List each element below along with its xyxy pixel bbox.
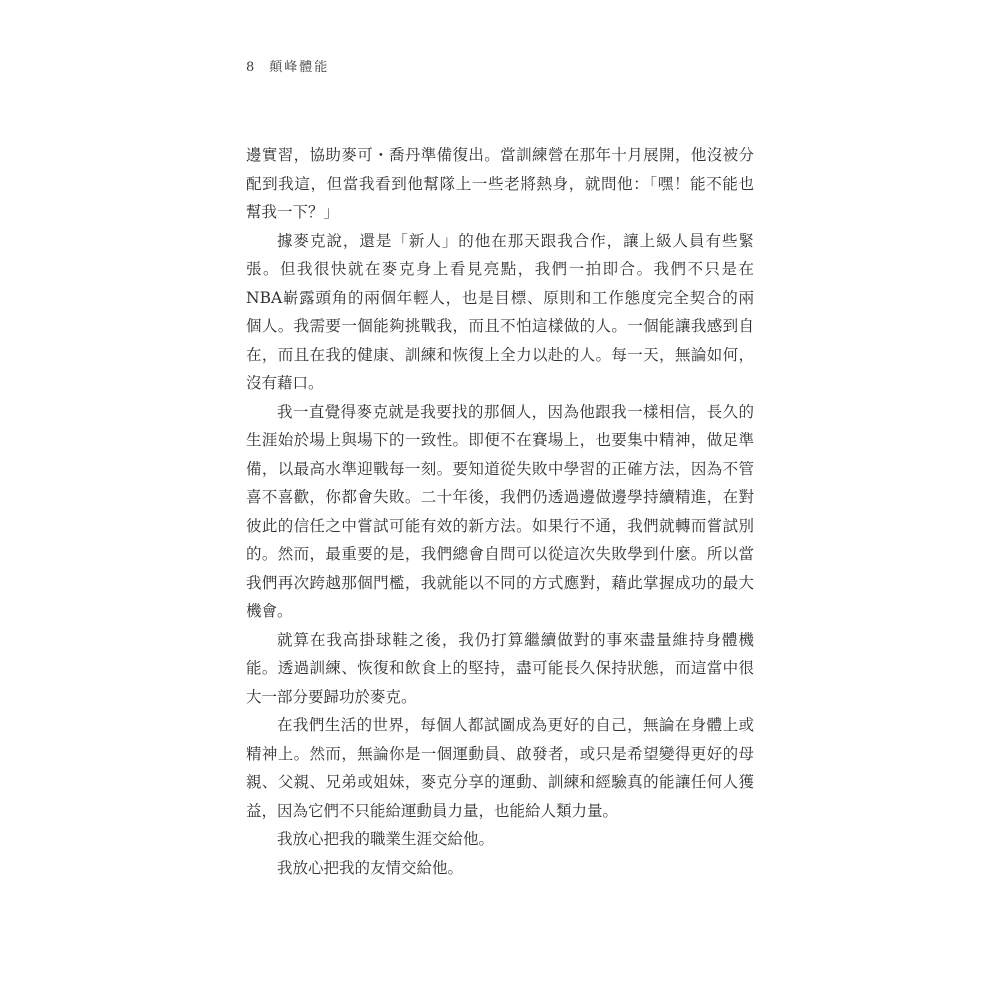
text-line: 在我們生活的世界，每個人都試圖成為更好的自己，無論在身體上或 xyxy=(246,711,754,740)
text-line: 生涯始於場上與場下的一致性。即便不在賽場上，也要集中精神，做足準 xyxy=(246,426,754,455)
text-line: 機會。 xyxy=(246,597,754,626)
text-line: 喜不喜歡，你都會失敗。二十年後，我們仍透過邊做邊學持續精進，在對 xyxy=(246,483,754,512)
book-page: 8 顛峰體能 邊實習，協助麥可・喬丹準備復出。當訓練營在那年十月展開，他沒被分配… xyxy=(0,0,1000,1000)
text-line: 邊實習，協助麥可・喬丹準備復出。當訓練營在那年十月展開，他沒被分 xyxy=(246,141,754,170)
text-line: 張。但我很快就在麥克身上看見亮點，我們一拍即合。我們不只是在 xyxy=(246,255,754,284)
text-line: 我一直覺得麥克就是我要找的那個人，因為他跟我一樣相信，長久的 xyxy=(246,398,754,427)
text-line: 沒有藉口。 xyxy=(246,369,754,398)
text-line: 大一部分要歸功於麥克。 xyxy=(246,683,754,712)
text-line: 的。然而，最重要的是，我們總會自問可以從這次失敗學到什麼。所以當 xyxy=(246,540,754,569)
text-line: NBA嶄露頭角的兩個年輕人，也是目標、原則和工作態度完全契合的兩 xyxy=(246,284,754,313)
text-line: 配到我這，但當我看到他幫隊上一些老將熱身，就問他：「嘿！能不能也 xyxy=(246,170,754,199)
text-line: 親、父親、兄弟或姐妹，麥克分享的運動、訓練和經驗真的能讓任何人獲 xyxy=(246,768,754,797)
running-head: 8 顛峰體能 xyxy=(246,56,329,75)
text-line: 個人。我需要一個能夠挑戰我，而且不怕這樣做的人。一個能讓我感到自 xyxy=(246,312,754,341)
page-number: 8 xyxy=(246,60,254,75)
text-line: 彼此的信任之中嘗試可能有效的新方法。如果行不通，我們就轉而嘗試別 xyxy=(246,512,754,541)
text-line: 據麥克說，還是「新人」的他在那天跟我合作，讓上級人員有些緊 xyxy=(246,227,754,256)
book-title: 顛峰體能 xyxy=(269,56,329,75)
text-line: 我放心把我的職業生涯交給他。 xyxy=(246,825,754,854)
text-line: 能。透過訓練、恢復和飲食上的堅持，盡可能長久保持狀態，而這當中很 xyxy=(246,654,754,683)
text-line: 益，因為它們不只能給運動員力量，也能給人類力量。 xyxy=(246,797,754,826)
text-line: 就算在我高掛球鞋之後，我仍打算繼續做對的事來盡量維持身體機 xyxy=(246,626,754,655)
text-line: 在，而且在我的健康、訓練和恢復上全力以赴的人。每一天，無論如何， xyxy=(246,341,754,370)
text-line: 我們再次跨越那個門檻，我就能以不同的方式應對，藉此掌握成功的最大 xyxy=(246,569,754,598)
text-line: 備，以最高水準迎戰每一刻。要知道從失敗中學習的正確方法，因為不管 xyxy=(246,455,754,484)
text-line: 幫我一下？」 xyxy=(246,198,754,227)
text-line: 精神上。然而，無論你是一個運動員、啟發者，或只是希望變得更好的母 xyxy=(246,740,754,769)
text-line: 我放心把我的友情交給他。 xyxy=(246,854,754,883)
body-text: 邊實習，協助麥可・喬丹準備復出。當訓練營在那年十月展開，他沒被分配到我這，但當我… xyxy=(246,141,754,882)
